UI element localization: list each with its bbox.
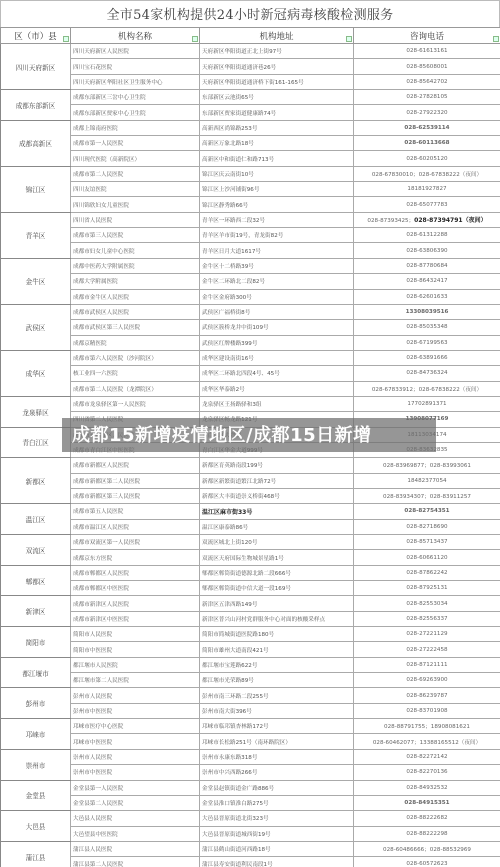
district-cell: 都江堰市	[1, 657, 71, 688]
district-cell: 温江区	[1, 504, 71, 535]
table-row: 邛崃市中医医院邛崃市长松路251号（南环路院区）028-60462077；133…	[1, 734, 500, 749]
address-cell: 邛崃市临邛镇杏林路172号	[200, 719, 354, 734]
table-header-row: 区（市）县 机构名称 机构地址 咨询电话	[1, 28, 500, 44]
table-row: 郫都区成都市郫都区人民医院郫都区郫筒街道德源北路二段666号028-878622…	[1, 565, 500, 580]
address-cell: 天府新区华阳街道通济桥下街161-165号	[200, 74, 354, 89]
institution-name-cell: 成都市第二人民医院（龙潭院区）	[71, 381, 200, 396]
table-row: 崇州市崇州市人民医院崇州市永康东路318号028-82272142	[1, 749, 500, 764]
table-row: 新津区成都市新津区人民医院新津区五津西路149号028-82553034	[1, 596, 500, 611]
district-cell: 简阳市	[1, 627, 71, 658]
table-body: 四川天府新区四川天府新区人民医院天府新区华阳街道正北上街97号028-61613…	[1, 44, 500, 867]
phone-cell: 028-60205120	[354, 151, 500, 166]
address-cell: 双流区天府国际生物城景星路1号	[200, 550, 354, 565]
phone-cell: 028-83934307；028-83911257	[354, 488, 500, 503]
institution-name-cell: 金堂县第二人民医院	[71, 795, 200, 810]
phone-cell: 028-84736324	[354, 366, 500, 381]
table-row: 成都市妇女儿童中心医院青羊区日月大道1617号028-63806390	[1, 243, 500, 258]
phone-cell: 13308039516	[354, 304, 500, 319]
address-cell: 温江区康泰路86号	[200, 519, 354, 534]
phone-cell: 028-27221129	[354, 627, 500, 642]
phone-cell: 028-60462077；13388165512（夜间）	[354, 734, 500, 749]
table-row: 四川宝石花医院天府新区华阳街道通济巷26号028-85608001	[1, 59, 500, 74]
table-row: 金堂县金堂县第一人民医院金堂县赵镇街道金广路886号028-84932532	[1, 780, 500, 795]
phone-cell: 028-87393425；028-87394791（夜间）	[354, 212, 500, 227]
phone-cell: 028-63806390	[354, 243, 500, 258]
address-cell: 东部新区贾家街道健康路74号	[200, 105, 354, 120]
table-row: 四川天府新区四川天府新区人民医院天府新区华阳街道正北上街97号028-61613…	[1, 44, 500, 59]
institution-name-cell: 成都市新津区人民医院	[71, 596, 200, 611]
table-row: 蒲江县第二人民医院蒲江县寿安街道利民南段1号028-60572623	[1, 857, 500, 867]
institution-name-cell: 成都东部新区三岔中心卫生院	[71, 90, 200, 105]
district-cell: 锦江区	[1, 166, 71, 212]
table-row: 成都大学附属医院金牛区二环路北二段82号028-86432417	[1, 274, 500, 289]
table-row: 成都市第二人民医院（龙潭院区）成华区华泰路2号028-67833912；028-…	[1, 381, 500, 396]
institution-name-cell: 四川友谊医院	[71, 182, 200, 197]
table-row: 大邑县大邑县人民医院大邑县晋原街道北街323号028-88222682	[1, 811, 500, 826]
institution-name-cell: 成都市第三人民医院	[71, 228, 200, 243]
phone-cell: 028-83701908	[354, 703, 500, 718]
phone-cell: 028-88791755；18908081621	[354, 719, 500, 734]
table-row: 彭州市中医医院彭州市南大街396号028-83701908	[1, 703, 500, 718]
institution-name-cell: 金堂县第一人民医院	[71, 780, 200, 795]
institution-name-cell: 四川省人民医院	[71, 212, 200, 227]
phone-cell: 028-67833912；028-67838222（夜间）	[354, 381, 500, 396]
institution-name-cell: 成都市龙泉驿区第一人民医院	[71, 396, 200, 411]
table-row: 都江堰市第二人民医院都江堰市光荣路89号028-69263900	[1, 673, 500, 688]
institution-name-cell: 成都市第一人民医院	[71, 136, 200, 151]
institution-name-cell: 崇州市人民医院	[71, 749, 200, 764]
table-row: 成都市第三人民医院青羊区羊市街19号，青龙街82号028-61312288	[1, 228, 500, 243]
phone-cell: 028-86239787	[354, 688, 500, 703]
district-cell: 龙泉驿区	[1, 396, 71, 427]
phone-cell: 028-62601633	[354, 289, 500, 304]
table-row: 邛崃市邛崃市医疗中心医院邛崃市临邛镇杏林路172号028-88791755；18…	[1, 719, 500, 734]
phone-cell: 028-82718690	[354, 519, 500, 534]
institution-name-cell: 大邑望县中医医院	[71, 826, 200, 841]
address-cell: 蒲江县鹤山街道河西路18号	[200, 841, 354, 856]
phone-cell: 17702891371	[354, 396, 500, 411]
institution-name-cell: 四川天府新区华阳社区卫生服务中心	[71, 74, 200, 89]
table-row: 成都市金牛区人民医院金牛区金府路300号028-62601633	[1, 289, 500, 304]
phone-cell: 028-85035348	[354, 320, 500, 335]
address-cell: 东部新区云池街65号	[200, 90, 354, 105]
table-row: 武侯区成都市武侯区人民医院武侯区广福桥街8号13308039516	[1, 304, 500, 319]
institution-name-cell: 都江堰市人民医院	[71, 657, 200, 672]
overlay-banner-text: 成都15新增疫情地区/成都15日新增	[72, 421, 372, 447]
address-cell: 郫都区郫筒街道中信大道一段169号	[200, 581, 354, 596]
table-row: 崇州市中医医院崇州市中兴西路266号028-82270136	[1, 765, 500, 780]
phone-cell: 028-65077783	[354, 197, 500, 212]
phone-cell: 028-87862242	[354, 565, 500, 580]
address-cell: 武侯区广福桥街8号	[200, 304, 354, 319]
institution-name-cell: 成都上锦南府医院	[71, 120, 200, 135]
phone-cell: 028-87925131	[354, 581, 500, 596]
address-cell: 高新西区尚锦路253号	[200, 120, 354, 135]
institution-name-cell: 崇州市中医医院	[71, 765, 200, 780]
institution-name-cell: 彭州市人民医院	[71, 688, 200, 703]
institution-name-cell: 成都市第五人民医院	[71, 504, 200, 519]
address-cell: 青羊区羊市街19号，青龙街82号	[200, 228, 354, 243]
institution-name-cell: 大邑县人民医院	[71, 811, 200, 826]
address-cell: 大邑县晋原街道城西街19号	[200, 826, 354, 841]
table-row: 成都市温江区人民医院温江区康泰路86号028-82718690	[1, 519, 500, 534]
institution-name-cell: 成都京东方医院	[71, 550, 200, 565]
district-cell: 彭州市	[1, 688, 71, 719]
table-row: 成都市新都区第三人民医院新都区大丰街道崇义桥街468号028-83934307；…	[1, 488, 500, 503]
address-cell: 双流区城北上街120号	[200, 535, 354, 550]
institution-name-cell: 成都市金牛区人民医院	[71, 289, 200, 304]
table-row: 金牛区成都中医药大学附属医院金牛区十二桥路39号028-87780684	[1, 258, 500, 273]
table-row: 四川锦欣妇女儿童医院锦江区静秀路66号028-65077783	[1, 197, 500, 212]
phone-cell: 028-83969877；028-83993061	[354, 458, 500, 473]
district-cell: 新津区	[1, 596, 71, 627]
phone-cell: 028-84932532	[354, 780, 500, 795]
phone-cell: 028-60572623	[354, 857, 500, 867]
phone-cell: 028-63891666	[354, 350, 500, 365]
district-cell: 邛崃市	[1, 719, 71, 750]
table-row: 锦江区成都市第二人民医院锦江区庆云南街10号028-67830010；028-6…	[1, 166, 500, 181]
institution-name-cell: 成都市妇女儿童中心医院	[71, 243, 200, 258]
address-cell: 大邑县晋原街道北街323号	[200, 811, 354, 826]
address-cell: 金牛区金府路300号	[200, 289, 354, 304]
institution-name-cell: 四川现代医院（高新院区）	[71, 151, 200, 166]
institution-name-cell: 成都大学附属医院	[71, 274, 200, 289]
institution-name-cell: 成都市双流区第一人民医院	[71, 535, 200, 550]
district-cell: 新都区	[1, 458, 71, 504]
institution-name-cell: 蒲江县第二人民医院	[71, 857, 200, 867]
address-cell: 温江区麻市街33号	[200, 504, 354, 519]
institution-name-cell: 简阳市中医医院	[71, 642, 200, 657]
phone-cell: 18181927827	[354, 182, 500, 197]
district-cell: 蒲江县	[1, 841, 71, 867]
address-cell: 都江堰市光荣路89号	[200, 673, 354, 688]
district-cell: 崇州市	[1, 749, 71, 780]
phone-number-night: 028-87394791（夜间）	[414, 217, 486, 224]
table-row: 成都市第一人民医院高新区万象北路18号028-60113668	[1, 136, 500, 151]
address-cell: 金牛区二环路北二段82号	[200, 274, 354, 289]
table-row: 四川天府新区华阳社区卫生服务中心天府新区华阳街道通济桥下街161-165号028…	[1, 74, 500, 89]
table-row: 简阳市中医医院简阳市雄州大道南段421号028-27222458	[1, 642, 500, 657]
phone-cell: 028-27222458	[354, 642, 500, 657]
table-row: 核工业四一六医院成华区二环路北四段4号、45号028-84736324	[1, 366, 500, 381]
phone-cell: 028-88222682	[354, 811, 500, 826]
table-row: 成都京东方医院双流区天府国际生物城景星路1号028-60661120	[1, 550, 500, 565]
phone-cell: 028-85608001	[354, 59, 500, 74]
column-header-district[interactable]: 区（市）县	[1, 28, 71, 44]
table-row: 金堂县第二人民医院金堂县淮口镇淮白路275号028-84915351	[1, 795, 500, 810]
phone-cell: 028-82272142	[354, 749, 500, 764]
table-row: 温江区成都市第五人民医院温江区麻市街33号028-82754351	[1, 504, 500, 519]
table-row: 简阳市简阳市人民医院简阳市简城街道医院路180号028-27221129	[1, 627, 500, 642]
address-cell: 彭州市南大街396号	[200, 703, 354, 718]
phone-cell: 028-60486666；028-88532969	[354, 841, 500, 856]
institution-name-cell: 邛崃市医疗中心医院	[71, 719, 200, 734]
institution-name-cell: 成都市郫都区人民医院	[71, 565, 200, 580]
district-cell: 青羊区	[1, 212, 71, 258]
district-cell: 武侯区	[1, 304, 71, 350]
phone-cell: 028-69263900	[354, 673, 500, 688]
table-row: 成都市新津区中医医院新津区普兴山河村党群服务中心对面的核酸采样点028-8255…	[1, 611, 500, 626]
phone-cell: 028-27922320	[354, 105, 500, 120]
institution-name-cell: 成都市新都区人民医院	[71, 458, 200, 473]
institution-name-cell: 邛崃市中医医院	[71, 734, 200, 749]
phone-cell: 18482377054	[354, 473, 500, 488]
district-cell: 双流区	[1, 535, 71, 566]
phone-cell: 028-82556337	[354, 611, 500, 626]
institution-name-cell: 成都市新都区第三人民医院	[71, 488, 200, 503]
address-cell: 锦江区静秀路66号	[200, 197, 354, 212]
district-cell: 成华区	[1, 350, 71, 396]
column-header-name[interactable]: 机构名称	[71, 28, 200, 44]
table-row: 大邑望县中医医院大邑县晋原街道城西街19号028-88222298	[1, 826, 500, 841]
table-row: 青羊区四川省人民医院青羊区一环路西二段32号028-87393425；028-8…	[1, 212, 500, 227]
district-cell: 青白江区	[1, 427, 71, 458]
phone-cell: 028-61312288	[354, 228, 500, 243]
phone-number: 028-87393425；	[367, 218, 414, 224]
address-cell: 成华区二环路北四段4号、45号	[200, 366, 354, 381]
phone-cell: 028-87121111	[354, 657, 500, 672]
district-cell: 成都东部新区	[1, 90, 71, 121]
phone-cell: 028-84915351	[354, 795, 500, 810]
institution-name-cell: 成都市新津区中医医院	[71, 611, 200, 626]
address-cell: 金堂县赵镇街道金广路886号	[200, 780, 354, 795]
table-row: 成华区成都市第六人民医院（沙河院区）成华区建设南街16号028-63891666	[1, 350, 500, 365]
phone-cell: 028-27828105	[354, 90, 500, 105]
filter-dropdown-icon[interactable]	[493, 36, 499, 42]
institution-name-cell: 四川天府新区人民医院	[71, 44, 200, 59]
address-cell: 青羊区一环路西二段32号	[200, 212, 354, 227]
table-row: 成都东部新区成都东部新区三岔中心卫生院东部新区云池街65号028-2782810…	[1, 90, 500, 105]
address-cell: 锦江区庆云南街10号	[200, 166, 354, 181]
table-row: 龙泉驿区成都市龙泉驿区第一人民医院龙泉驿区王扬路驿和3组17702891371	[1, 396, 500, 411]
institution-name-cell: 成都市第六人民医院（沙河院区）	[71, 350, 200, 365]
phone-cell: 028-85713437	[354, 535, 500, 550]
address-cell: 新都区大丰街道崇义桥街468号	[200, 488, 354, 503]
table-row: 四川现代医院（高新院区）高新区中和街道仁和路713号028-60205120	[1, 151, 500, 166]
address-cell: 郫都区郫筒街道德源北路二段666号	[200, 565, 354, 580]
table-row: 新都区成都市新都区人民医院新都区育英路南段199号028-83969877；02…	[1, 458, 500, 473]
address-cell: 新津区五津西路149号	[200, 596, 354, 611]
column-header-phone[interactable]: 咨询电话	[354, 28, 500, 44]
district-cell: 郫都区	[1, 565, 71, 596]
table-row: 成都市新都区第二人民医院新都区新繁街道繁江北路72号18482377054	[1, 473, 500, 488]
address-cell: 崇州市中兴西路266号	[200, 765, 354, 780]
table-row: 蒲江县蒲江县人民医院蒲江县鹤山街道河西路18号028-60486666；028-…	[1, 841, 500, 856]
document-title: 全市54家机构提供24小时新冠病毒核酸检测服务	[0, 0, 500, 28]
phone-cell: 028-86432417	[354, 274, 500, 289]
phone-cell: 028-82553034	[354, 596, 500, 611]
district-cell: 大邑县	[1, 811, 71, 842]
phone-cell: 028-82270136	[354, 765, 500, 780]
address-cell: 简阳市简城街道医院路180号	[200, 627, 354, 642]
institution-name-cell: 成都市武侯区人民医院	[71, 304, 200, 319]
address-cell: 都江堰市宝莲路622号	[200, 657, 354, 672]
phone-cell: 028-60113668	[354, 136, 500, 151]
table-row: 成都市郫都区中医医院郫都区郫筒街道中信大道一段169号028-87925131	[1, 581, 500, 596]
address-cell: 彭州市南三环路二段255号	[200, 688, 354, 703]
institution-name-cell: 成都市武侯区第三人民医院	[71, 320, 200, 335]
address-cell: 高新区中和街道仁和路713号	[200, 151, 354, 166]
phone-cell: 028-60661120	[354, 550, 500, 565]
institution-name-cell: 核工业四一六医院	[71, 366, 200, 381]
address-cell: 简阳市雄州大道南段421号	[200, 642, 354, 657]
table-row: 四川友谊医院锦江区上沙河铺街96号18181927827	[1, 182, 500, 197]
institution-name-cell: 蒲江县人民医院	[71, 841, 200, 856]
district-cell: 四川天府新区	[1, 44, 71, 90]
district-cell: 金牛区	[1, 258, 71, 304]
address-cell: 崇州市永康东路318号	[200, 749, 354, 764]
address-cell: 锦江区上沙河铺街96号	[200, 182, 354, 197]
filter-dropdown-icon[interactable]	[63, 36, 69, 42]
institution-name-cell: 四川宝石花医院	[71, 59, 200, 74]
institution-name-cell: 彭州市中医医院	[71, 703, 200, 718]
address-cell: 龙泉驿区王扬路驿和3组	[200, 396, 354, 411]
institution-name-cell: 成都东部新区贾家中心卫生院	[71, 105, 200, 120]
address-cell: 新都区育英路南段199号	[200, 458, 354, 473]
institution-name-cell: 四川锦欣妇女儿童医院	[71, 197, 200, 212]
table-row: 彭州市彭州市人民医院彭州市南三环路二段255号028-86239787	[1, 688, 500, 703]
phone-cell: 028-88222298	[354, 826, 500, 841]
address-cell: 金牛区十二桥路39号	[200, 258, 354, 273]
phone-cell: 028-61613161	[354, 44, 500, 59]
table-row: 成都市武侯区第三人民医院武侯区簇桥龙井中街109号028-85035348	[1, 320, 500, 335]
district-cell: 金堂县	[1, 780, 71, 811]
phone-cell: 028-62539114	[354, 120, 500, 135]
table-row: 成都京精医院武侯区红牌楼路399号028-67199563	[1, 335, 500, 350]
institution-name-cell: 成都市温江区人民医院	[71, 519, 200, 534]
institution-name-cell: 成都市新都区第二人民医院	[71, 473, 200, 488]
institution-name-cell: 成都市第二人民医院	[71, 166, 200, 181]
phone-cell: 028-82754351	[354, 504, 500, 519]
institution-name-cell: 成都中医药大学附属医院	[71, 258, 200, 273]
address-cell: 邛崃市长松路251号（南环路院区）	[200, 734, 354, 749]
address-cell: 新都区新繁街道繁江北路72号	[200, 473, 354, 488]
address-cell: 新津区普兴山河村党群服务中心对面的核酸采样点	[200, 611, 354, 626]
institution-name-cell: 简阳市人民医院	[71, 627, 200, 642]
column-header-address[interactable]: 机构地址	[200, 28, 354, 44]
address-cell: 天府新区华阳街道正北上街97号	[200, 44, 354, 59]
phone-cell: 028-87780684	[354, 258, 500, 273]
address-cell: 天府新区华阳街道通济巷26号	[200, 59, 354, 74]
address-cell: 武侯区红牌楼路399号	[200, 335, 354, 350]
table-row: 都江堰市都江堰市人民医院都江堰市宝莲路622号028-87121111	[1, 657, 500, 672]
phone-cell: 028-85642702	[354, 74, 500, 89]
table-row: 双流区成都市双流区第一人民医院双流区城北上街120号028-85713437	[1, 535, 500, 550]
address-cell: 青羊区日月大道1617号	[200, 243, 354, 258]
phone-cell: 028-67199563	[354, 335, 500, 350]
address-cell: 成华区建设南街16号	[200, 350, 354, 365]
filter-dropdown-icon[interactable]	[346, 36, 352, 42]
phone-cell: 028-67830010；028-67838222（夜间）	[354, 166, 500, 181]
table-row: 成都高新区成都上锦南府医院高新西区尚锦路253号028-62539114	[1, 120, 500, 135]
address-cell: 高新区万象北路18号	[200, 136, 354, 151]
institution-name-cell: 成都市郫都区中医医院	[71, 581, 200, 596]
district-cell: 成都高新区	[1, 120, 71, 166]
filter-dropdown-icon[interactable]	[192, 36, 198, 42]
address-cell: 蒲江县寿安街道利民南段1号	[200, 857, 354, 867]
table-row: 成都东部新区贾家中心卫生院东部新区贾家街道健康路74号028-27922320	[1, 105, 500, 120]
institution-name-cell: 成都京精医院	[71, 335, 200, 350]
address-cell: 武侯区簇桥龙井中街109号	[200, 320, 354, 335]
address-cell: 成华区华泰路2号	[200, 381, 354, 396]
address-cell: 金堂县淮口镇淮白路275号	[200, 795, 354, 810]
institution-name-cell: 都江堰市第二人民医院	[71, 673, 200, 688]
